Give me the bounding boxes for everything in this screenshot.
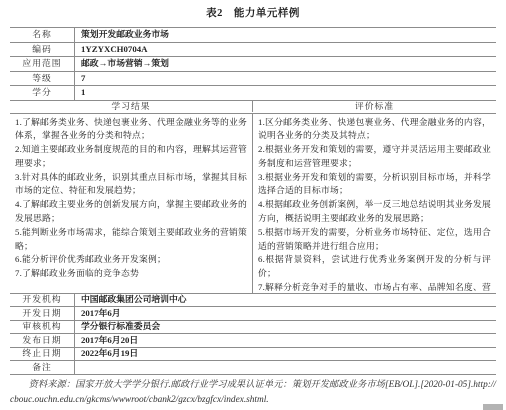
row-label: 开发机构 — [10, 294, 75, 307]
table-row-remarks: 备注 — [10, 361, 496, 375]
row-value: 2017年6月20日 — [75, 335, 496, 346]
criteria-item: 6.根据背景资料，尝试进行优秀业务案例开发的分析与评价； — [258, 253, 491, 281]
row-label: 学分 — [10, 86, 75, 100]
criteria-item: 7.解释分析竞争对手的量收、市场占有率、品牌知名度、营业计划等主要指标 — [258, 281, 491, 292]
table-row-release-date: 发布日期 2017年6月20日 — [10, 334, 496, 348]
row-value: 2017年6月 — [75, 308, 496, 319]
row-label: 审核机构 — [10, 321, 75, 334]
learning-item: 5.能判断业务市场需求，能综合策划主要邮政业务的营销策略； — [15, 226, 247, 254]
learning-item: 6.能分析评价优秀邮政业务开发案例； — [15, 253, 247, 267]
row-value: 策划开发邮政业务市场 — [75, 29, 496, 40]
table-row-code: 编码 1YZYXCH0704A — [10, 43, 496, 58]
table-row-scope: 应用范围 邮政→市场营销→策划 — [10, 57, 496, 72]
row-value: 邮政→市场营销→策划 — [75, 58, 496, 69]
table-row-level: 等级 7 — [10, 72, 496, 87]
column-header-row: 学习结果 评价标准 — [10, 101, 496, 114]
row-value: 2022年6月19日 — [75, 348, 496, 359]
column-header-learning-results: 学习结果 — [10, 101, 253, 112]
criteria-item: 2.根据业务开发和策划的需要，遵守并灵活运用主要邮政业务制度和运营管理要求； — [258, 143, 491, 171]
scan-artifact — [483, 404, 503, 410]
criteria-item: 3.根据业务开发和策划的需要，分析识别目标市场，并科学选择合适的目标市场； — [258, 171, 491, 199]
evaluation-criteria-cell: 1.区分邮务类业务、快递包裹业务、代理金融业务的内容，说明各业务的分类及其特点；… — [253, 114, 496, 293]
criteria-item: 1.区分邮务类业务、快递包裹业务、代理金融业务的内容，说明各业务的分类及其特点； — [258, 116, 491, 144]
row-label: 名称 — [10, 28, 75, 42]
row-value: 学分银行标准委员会 — [75, 321, 496, 332]
learning-item: 7.了解邮政业务面临的竞争态势 — [15, 267, 247, 281]
two-column-body: 1.了解邮务类业务、快递包裹业务、代理金融业务等的业务体系，掌握各业务的分类和特… — [10, 114, 496, 294]
criteria-item: 5.根据市场开发的需要，分析业务市场特征、定位，选用合适的营销策略并进行组合应用… — [258, 226, 491, 254]
table-row-end-date: 终止日期 2022年6月19日 — [10, 348, 496, 362]
row-label: 终止日期 — [10, 348, 75, 361]
row-value: 7 — [75, 73, 496, 84]
row-value: 1 — [75, 87, 496, 98]
row-label: 发布日期 — [10, 334, 75, 347]
row-label: 等级 — [10, 72, 75, 86]
learning-results-cell: 1.了解邮务类业务、快递包裹业务、代理金融业务等的业务体系，掌握各业务的分类和特… — [10, 114, 253, 293]
criteria-item: 4.根据邮政业务创新案例，举一反三地总结说明其业务发展方向，概括说明主要邮政业务… — [258, 198, 491, 226]
row-label: 开发日期 — [10, 307, 75, 320]
row-label: 编码 — [10, 43, 75, 57]
row-label: 应用范围 — [10, 57, 75, 71]
row-value: 中国邮政集团公司培训中心 — [75, 294, 496, 305]
page: 表2 能力单元样例 名称 策划开发邮政业务市场 编码 1YZYXCH0704A … — [0, 0, 506, 410]
learning-item: 4.了解邮政主要业务的创新发展方向，掌握主要邮政业务的发展思路； — [15, 198, 247, 226]
source-citation: 资料来源：国家开放大学学分银行.邮政行业学习成果认证单元：策划开发邮政业务市场[… — [10, 378, 496, 407]
column-header-evaluation-criteria: 评价标准 — [253, 101, 496, 112]
table-row-credit: 学分 1 — [10, 86, 496, 101]
row-value: 1YZYXCH0704A — [75, 44, 496, 55]
learning-item: 2.知道主要邮政业务制度规范的目的和内容，理解其运营管理要求； — [15, 143, 247, 171]
table-row-review-org: 审核机构 学分银行标准委员会 — [10, 321, 496, 335]
table-title: 表2 能力单元样例 — [0, 0, 506, 20]
table-row-name: 名称 策划开发邮政业务市场 — [10, 28, 496, 43]
table-row-dev-org: 开发机构 中国邮政集团公司培训中心 — [10, 294, 496, 308]
learning-item: 3.针对具体的邮政业务，识别其重点目标市场，掌握其目标市场的定位、特征和发展趋势… — [15, 171, 247, 199]
row-label: 备注 — [10, 361, 75, 374]
competency-unit-table: 名称 策划开发邮政业务市场 编码 1YZYXCH0704A 应用范围 邮政→市场… — [10, 27, 496, 375]
learning-item: 1.了解邮务类业务、快递包裹业务、代理金融业务等的业务体系，掌握各业务的分类和特… — [15, 116, 247, 144]
table-row-dev-date: 开发日期 2017年6月 — [10, 307, 496, 321]
